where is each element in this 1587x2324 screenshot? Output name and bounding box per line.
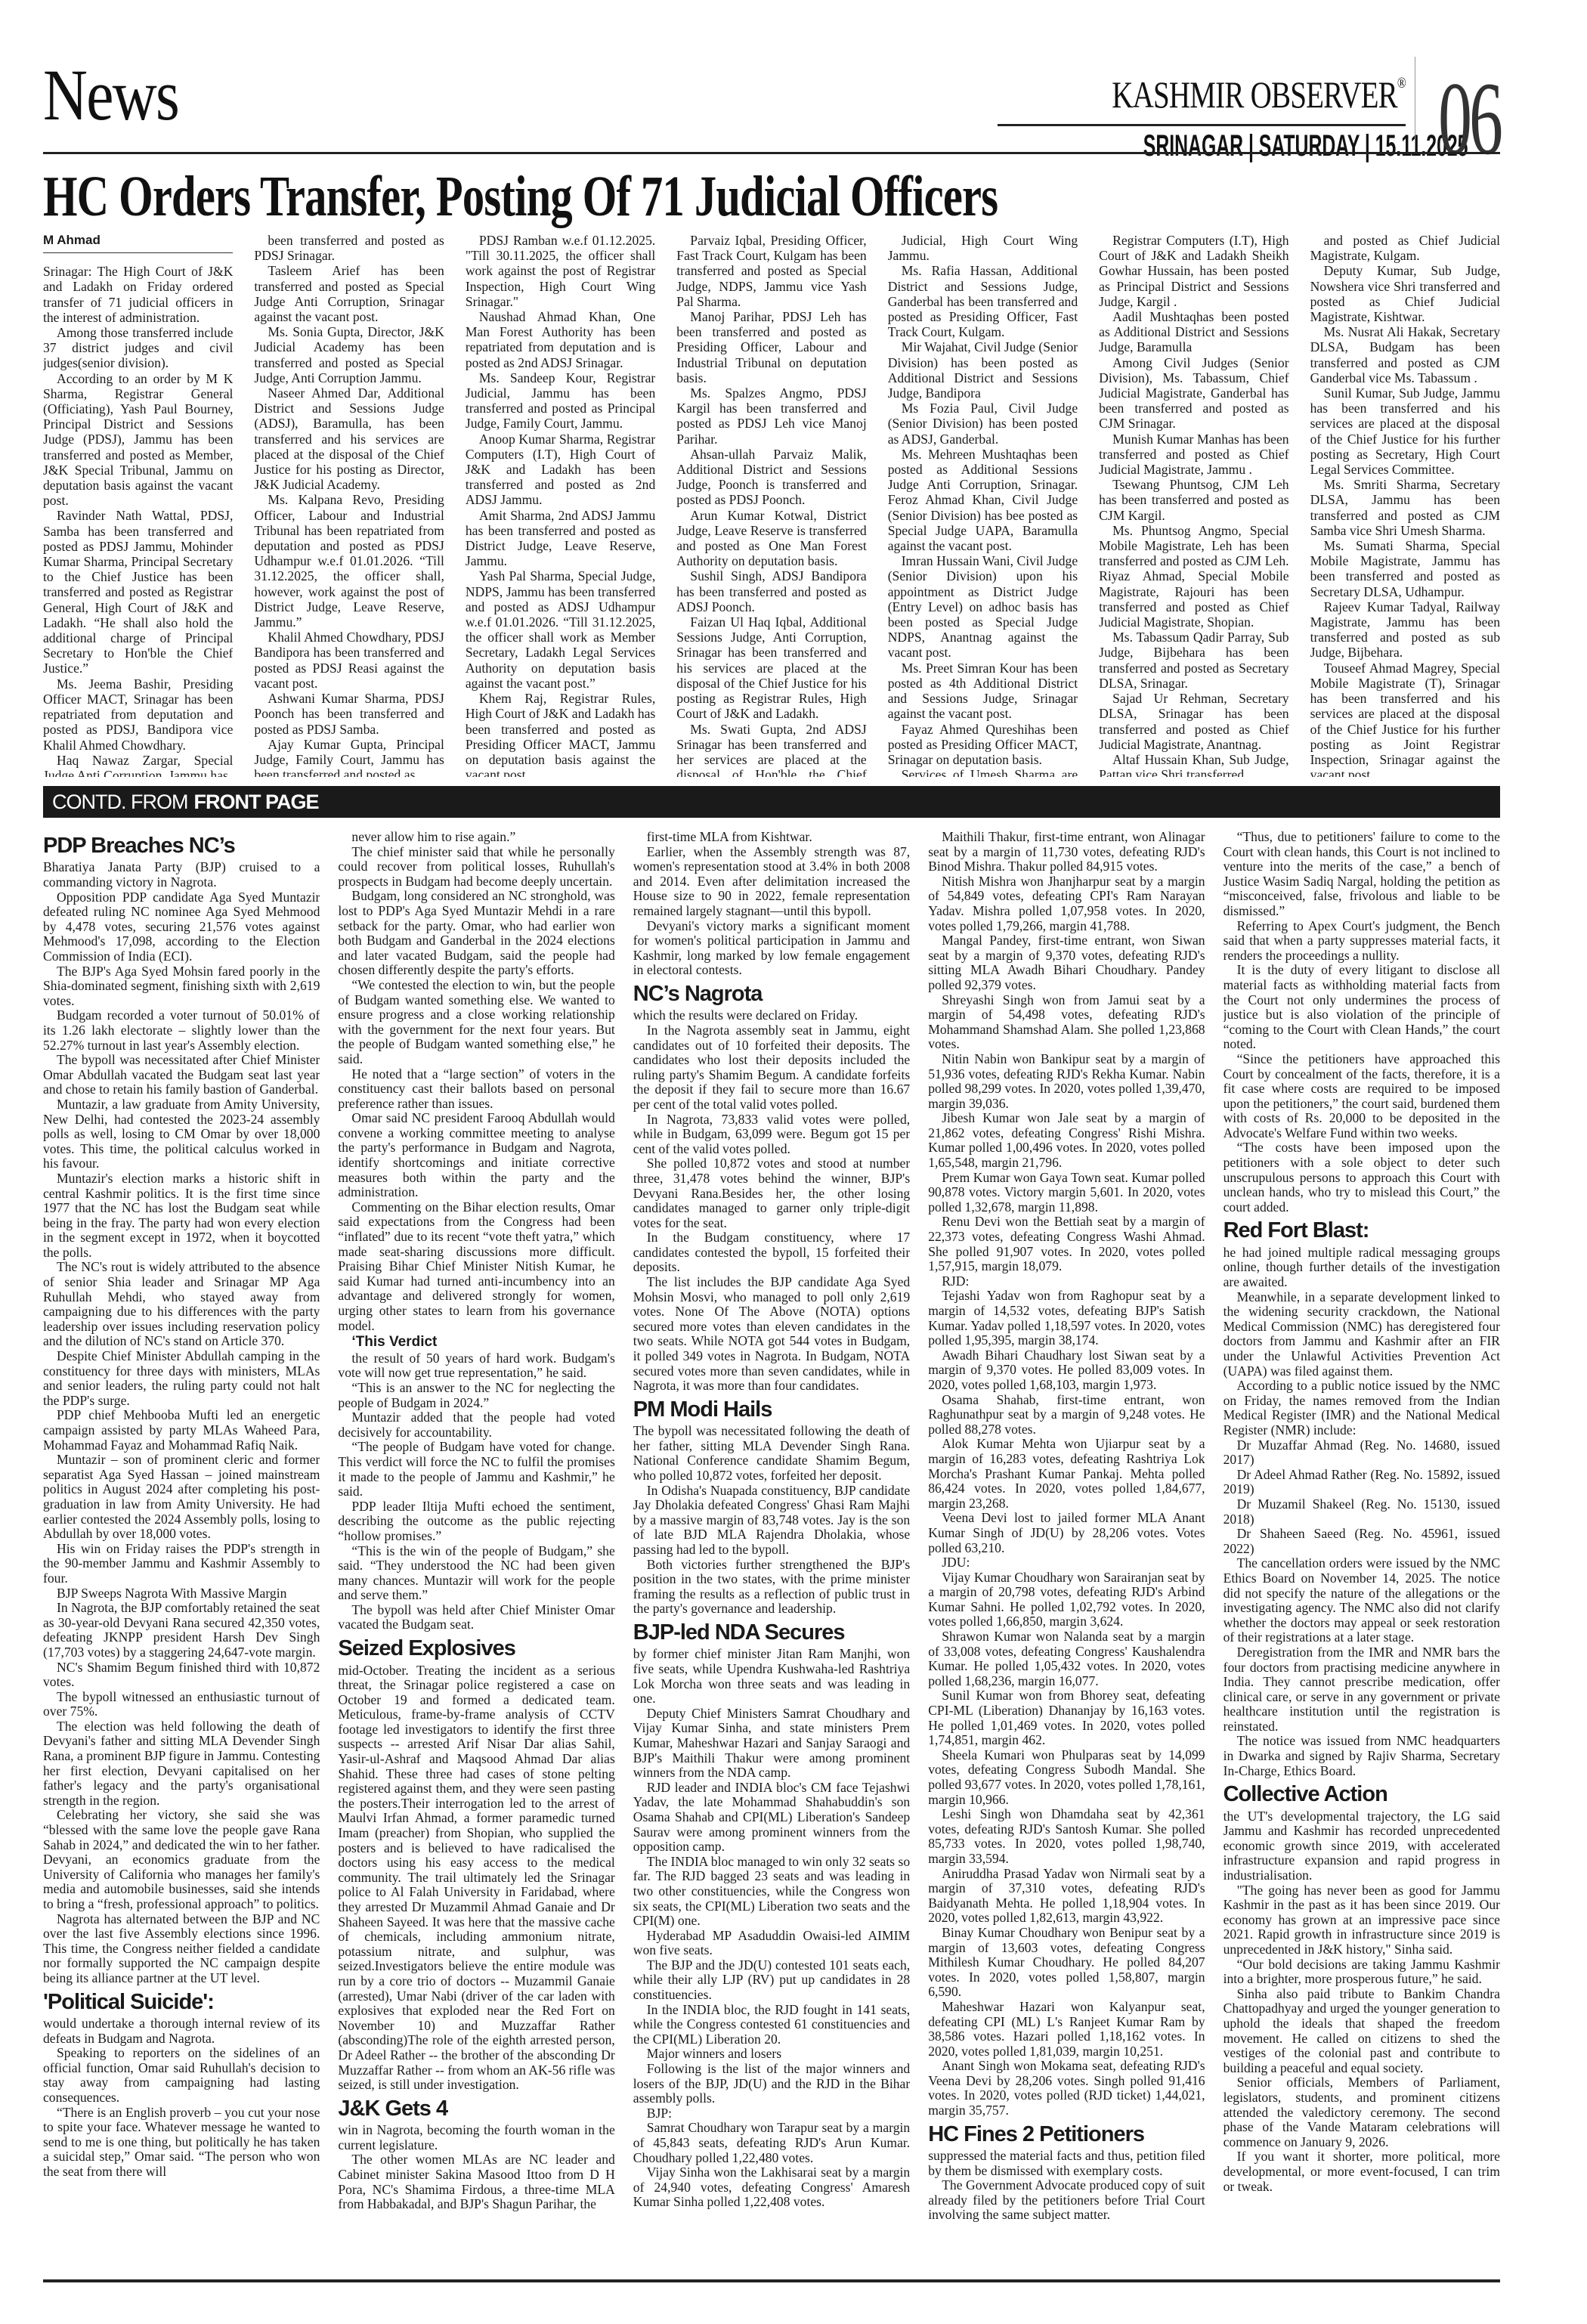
header-rule [43,152,1500,154]
paragraph: The bypoll witnessed an enthusiastic tur… [43,1690,320,1719]
masthead-name-text: KASHMIR OBSERVER [1112,73,1397,116]
paragraph: Sunil Kumar won from Bhorey seat, defeat… [928,1688,1205,1747]
paragraph: The INDIA bloc managed to win only 32 se… [633,1855,910,1929]
paragraph: Following is the list of the major winne… [633,2062,910,2106]
paragraph: Maithili Thakur, first-time entrant, won… [928,830,1205,874]
paragraph: Celebrating her victory, she said she wa… [43,1808,320,1911]
paragraph: Ms. Sumati Sharma, Special Mobile Magist… [1310,538,1500,599]
continued-column: first-time MLA from Kishtwar.Earlier, wh… [633,830,910,2266]
paragraph: Ms. Jeema Bashir, Presiding Officer MACT… [43,676,233,753]
paragraph: “Our bold decisions are taking Jammu Kas… [1224,1957,1500,1987]
paragraph: Anoop Kumar Sharma, Registrar Computers … [466,432,655,508]
paragraph: The bypoll was held after Chief Minister… [338,1603,614,1632]
subheading: Seized Explosives [338,1637,614,1660]
paragraph: The bypoll was necessitated after Chief … [43,1053,320,1097]
paragraph: Shrawon Kumar won Nalanda seat by a marg… [928,1629,1205,1688]
continued-column: Maithili Thakur, first-time entrant, won… [928,830,1205,2266]
paragraph: Ms. Sandeep Kour, Registrar Judicial, Ja… [466,370,655,432]
paragraph: Earlier, when the Assembly strength was … [633,845,910,919]
paragraph: Bharatiya Janata Party (BJP) cruised to … [43,860,320,890]
paragraph: Mir Wajahat, Civil Judge (Senior Divisio… [888,339,1078,401]
subheading: BJP-led NDA Secures [633,1621,910,1644]
masthead: KASHMIR OBSERVER® SRINAGAR | SATURDAY | … [982,76,1406,161]
paragraph: would undertake a thorough internal revi… [43,2016,320,2046]
paragraph: Mangal Pandey, first-time entrant, won S… [928,933,1205,992]
paragraph: Ms. Phuntsog Angmo, Special Mobile Magis… [1099,523,1288,630]
subheading: PM Modi Hails [633,1398,910,1421]
subheading: Red Fort Blast: [1224,1219,1500,1242]
paragraph: Deputy Chief Ministers Samrat Choudhary … [633,1707,910,1781]
paragraph: been transferred and posted as PDSJ Srin… [254,233,444,263]
paragraph: Touseef Ahmad Magrey, Special Mobile Mag… [1310,661,1500,777]
paragraph: Maheshwar Hazari won Kalyanpur seat, def… [928,2000,1205,2059]
paragraph: win in Nagrota, becoming the fourth woma… [338,2123,614,2152]
paragraph: His win on Friday raises the PDP's stren… [43,1542,320,1586]
paragraph: Munish Kumar Manhas has been transferred… [1099,432,1288,478]
paragraph: Budgam, long considered an NC stronghold… [338,889,614,978]
paragraph: PDP chief Mehbooba Mufti led an energeti… [43,1408,320,1453]
paragraph: Deputy Kumar, Sub Judge, Nowshera vice S… [1310,263,1500,324]
continued-column: PDP Breaches NC’sBharatiya Janata Party … [43,830,320,2266]
paragraph: which the results were declared on Frida… [633,1008,910,1023]
paragraph: Imran Hussain Wani, Civil Judge (Senior … [888,553,1078,660]
footer-rule [43,2279,1500,2282]
paragraph: Ahsan-ullah Parvaiz Malik, Additional Di… [676,447,866,508]
continued-stories: PDP Breaches NC’sBharatiya Janata Party … [43,830,1500,2266]
paragraph: Ajay Kumar Gupta, Principal Judge, Famil… [254,737,444,777]
paragraph: Osama Shahab, first-time entrant, won Ra… [928,1393,1205,1437]
lead-headline: HC Orders Transfer, Posting Of 71 Judici… [43,168,998,225]
lead-column: and posted as Chief Judicial Magistrate,… [1310,233,1500,777]
paragraph: Altaf Hussain Khan, Sub Judge, Pattan vi… [1099,752,1288,777]
paragraph: Dr Muzaffar Ahmad (Reg. No. 14680, issue… [1224,1438,1500,1468]
paragraph: Services of Umesh Sharma are placed at t… [888,767,1078,777]
paragraph: In Nagrota, the BJP comfortably retained… [43,1601,320,1660]
banner-emphasis: FRONT PAGE [193,791,318,814]
paragraph: The notice was issued from NMC headquart… [1224,1734,1500,1778]
paragraph: by former chief minister Jitan Ram Manjh… [633,1647,910,1706]
paragraph: Ms. Mehreen Mushtaqhas been posted as Ad… [888,447,1078,553]
paragraph: Ms. Tabassum Qadir Parray, Sub Judge, Bi… [1099,630,1288,691]
paragraph: Sinha also paid tribute to Bankim Chandr… [1224,1987,1500,2076]
paragraph: The NC's rout is widely attributed to th… [43,1260,320,1349]
paragraph: Aniruddha Prasad Yadav won Nirmali seat … [928,1867,1205,1926]
paragraph: Omar said NC president Farooq Abdullah w… [338,1111,614,1200]
paragraph: Ms. Sonia Gupta, Director, J&K Judicial … [254,324,444,385]
paragraph: Ms. Swati Gupta, 2nd ADSJ Srinagar has b… [676,722,866,778]
paragraph: Tasleem Arief has been transferred and p… [254,263,444,324]
lead-column: Registrar Computers (I.T), High Court of… [1099,233,1288,777]
paragraph: Aadil Mushtaqhas been posted as Addition… [1099,309,1288,355]
paragraph: the result of 50 years of hard work. Bud… [338,1351,614,1381]
lead-column: Parvaiz Iqbal, Presiding Officer, Fast T… [676,233,866,777]
paragraph: Tsewang Phuntsog, CJM Leh has been trans… [1099,477,1288,523]
byline: M Ahmad [43,233,233,253]
paragraph: Despite Chief Minister Abdullah camping … [43,1349,320,1408]
lead-column: been transferred and posted as PDSJ Srin… [254,233,444,777]
paragraph: Among Civil Judges (Senior Division), Ms… [1099,355,1288,432]
paragraph: Meanwhile, in a separate development lin… [1224,1290,1500,1379]
paragraph: In the Nagrota assembly seat in Jammu, e… [633,1023,910,1112]
paragraph: Devyani's victory marks a significant mo… [633,919,910,978]
paragraph: The other women MLAs are NC leader and C… [338,2152,614,2211]
paragraph: Nitin Nabin won Bankipur seat by a margi… [928,1052,1205,1111]
paragraph: In the Budgam constituency, where 17 can… [633,1230,910,1275]
paragraph: Referring to Apex Court's judgment, the … [1224,919,1500,964]
paragraph: “There is an English proverb – you cut y… [43,2106,320,2180]
paragraph: Deregistration from the IMR and NMR bars… [1224,1645,1500,1734]
paragraph: Binay Kumar Choudhary won Benipur seat b… [928,1926,1205,2000]
paragraph: “We contested the election to win, but t… [338,978,614,1067]
paragraph: The BJP and the JD(U) contested 101 seat… [633,1958,910,2003]
paragraph: Nagrota has alternated between the BJP a… [43,1912,320,1986]
paragraph: Ms. Preet Simran Kour has been posted as… [888,661,1078,722]
paragraph: NC's Shamim Begum finished third with 10… [43,1660,320,1690]
paragraph: suppressed the material facts and thus, … [928,2149,1205,2178]
banner-prefix: CONTD. FROM [52,791,187,814]
paragraph: Dr Adeel Ahmad Rather (Reg. No. 15892, i… [1224,1468,1500,1497]
paragraph: In Nagrota, 73,833 valid votes were poll… [633,1112,910,1157]
paragraph: “Since the petitioners have approached t… [1224,1052,1500,1141]
paragraph: never allow him to rise again.” [338,830,614,845]
paragraph: Sushil Singh, ADSJ Bandipora has been tr… [676,568,866,614]
paragraph: The list includes the BJP candidate Aga … [633,1275,910,1394]
paragraph: Muntazir added that the people had voted… [338,1410,614,1440]
paragraph: Naseer Ahmed Dar, Additional District an… [254,385,444,492]
paragraph: Ms. Rafia Hassan, Additional District an… [888,263,1078,339]
paragraph: Sunil Kumar, Sub Judge, Jammu has been t… [1310,385,1500,477]
subheading: HC Fines 2 Petitioners [928,2123,1205,2146]
paragraph: The election was held following the deat… [43,1719,320,1809]
paragraph: Alok Kumar Mehta won Ujiarpur seat by a … [928,1437,1205,1511]
paragraph: According to an order by M K Sharma, Reg… [43,371,233,509]
paragraph: The cancellation orders were issued by t… [1224,1556,1500,1645]
paragraph: Khem Raj, Registrar Rules, High Court of… [466,691,655,777]
paragraph: If you want it shorter, more political, … [1224,2149,1500,2194]
paragraph: RJD: [928,1274,1205,1289]
paragraph: mid-October. Treating the incident as a … [338,1663,614,2093]
subheading: Collective Action [1224,1783,1500,1806]
paragraph: Manoj Parihar, PDSJ Leh has been transfe… [676,309,866,385]
paragraph: Muntazir – son of prominent cleric and f… [43,1453,320,1542]
paragraph: Vijay Sinha won the Lakhisarai seat by a… [633,2165,910,2210]
masthead-rule [998,124,1406,126]
paragraph: “This is the win of the people of Budgam… [338,1544,614,1603]
paragraph: Dr Shaheen Saeed (Reg. No. 45961, issued… [1224,1527,1500,1556]
paragraph: Senior officials, Members of Parliament,… [1224,2075,1500,2149]
paragraph: The bypoll was necessitated following th… [633,1424,910,1483]
paragraph: Ms. Kalpana Revo, Presiding Officer, Lab… [254,492,444,630]
paragraph: PDSJ Ramban w.e.f 01.12.2025. "Till 30.1… [466,233,655,309]
paragraph: The Government Advocate produced copy of… [928,2178,1205,2223]
paragraph: Jibesh Kumar won Jale seat by a margin o… [928,1111,1205,1170]
paragraph: The BJP's Aga Syed Mohsin fared poorly i… [43,964,320,1009]
paragraph: Muntazir, a law graduate from Amity Univ… [43,1097,320,1171]
paragraph: Parvaiz Iqbal, Presiding Officer, Fast T… [676,233,866,309]
paragraph: Ms. Spalzes Angmo, PDSJ Kargil has been … [676,385,866,447]
masthead-name: KASHMIR OBSERVER® [1075,76,1406,113]
paragraph: “This is an answer to the NC for neglect… [338,1381,614,1410]
paragraph: Ravinder Nath Wattal, PDSJ, Samba has be… [43,508,233,676]
subheading: NC’s Nagrota [633,983,910,1005]
paragraph: BJP Sweeps Nagrota With Massive Margin [43,1586,320,1601]
paragraph: BJP: [633,2106,910,2121]
paragraph: She polled 10,872 votes and stood at num… [633,1156,910,1230]
paragraph: Ms Fozia Paul, Civil Judge (Senior Divis… [888,401,1078,447]
continued-column: never allow him to rise again.”The chief… [338,830,614,2266]
paragraph: Naushad Ahmad Khan, One Man Forest Autho… [466,309,655,370]
paragraph: Srinagar: The High Court of J&K and Lada… [43,264,233,325]
paragraph: Fayaz Ahmed Qureshihas been posted as Pr… [888,722,1078,768]
paragraph: Amit Sharma, 2nd ADSJ Jammu has been tra… [466,508,655,569]
paragraph: Arun Kumar Kotwal, District Judge, Leave… [676,508,866,569]
newspaper-page: News KASHMIR OBSERVER® SRINAGAR | SATURD… [43,0,1500,2324]
paragraph: “The people of Budgam have voted for cha… [338,1440,614,1499]
paragraph: and posted as Chief Judicial Magistrate,… [1310,233,1500,263]
paragraph: Ashwani Kumar Sharma, PDSJ Poonch has be… [254,691,444,737]
paragraph: Speaking to reporters on the sidelines o… [43,2046,320,2105]
paragraph: Dr Muzamil Shakeel (Reg. No. 15130, issu… [1224,1497,1500,1527]
section-title: News [43,59,178,132]
paragraph: Registrar Computers (I.T), High Court of… [1099,233,1288,309]
paragraph: Commenting on the Bihar election results… [338,1200,614,1333]
paragraph: Samrat Choudhary won Tarapur seat by a m… [633,2121,910,2165]
paragraph: the UT's developmental trajectory, the L… [1224,1809,1500,1883]
paragraph: He noted that a “large section” of voter… [338,1067,614,1112]
paragraph: Nitish Mishra won Jhanjharpur seat by a … [928,874,1205,933]
paragraph: Vijay Kumar Choudhary won Sarairanjan se… [928,1570,1205,1629]
paragraph: Awadh Bihari Chaudhary lost Siwan seat b… [928,1348,1205,1393]
paragraph: PDP leader Iltija Mufti echoed the senti… [338,1499,614,1544]
subheading: ‘This Verdict [338,1335,614,1350]
registered-mark: ® [1397,75,1406,91]
lead-story-body: M Ahmad Srinagar: The High Court of J&K … [43,233,1500,777]
paragraph: Among those transferred include 37 distr… [43,325,233,371]
paragraph: Yash Pal Sharma, Special Judge, NDPS, Ja… [466,568,655,691]
paragraph: Sheela Kumari won Phulparas seat by 14,0… [928,1748,1205,1807]
paragraph: Renu Devi won the Bettiah seat by a marg… [928,1215,1205,1273]
paragraph: Hyderabad MP Asaduddin Owaisi-led AIMIM … [633,1929,910,1958]
paragraph: Opposition PDP candidate Aga Syed Muntaz… [43,890,320,964]
paragraph: "The going has never been as good for Ja… [1224,1883,1500,1957]
paragraph: Tejashi Yadav won from Raghopur seat by … [928,1289,1205,1348]
paragraph: Sajad Ur Rehman, Secretary DLSA, Srinaga… [1099,691,1288,752]
lead-column: Judicial, High Court Wing Jammu.Ms. Rafi… [888,233,1078,777]
paragraph: In Odisha's Nuapada constituency, BJP ca… [633,1484,910,1558]
paragraph: Judicial, High Court Wing Jammu. [888,233,1078,263]
paragraph: Both victories further strengthened the … [633,1558,910,1617]
paragraph: RJD leader and INDIA bloc's CM face Teja… [633,1781,910,1855]
dateline: SRINAGAR | SATURDAY | 15.11.2025 [1143,131,1406,161]
paragraph: “Thus, due to petitioners' failure to co… [1224,830,1500,919]
continued-from-front-page-banner: CONTD. FROM FRONT PAGE [43,786,1500,818]
continued-column: “Thus, due to petitioners' failure to co… [1224,830,1500,2266]
paragraph: It is the duty of every litigant to disc… [1224,963,1500,1052]
paragraph: JDU: [928,1555,1205,1570]
masthead-divider [1415,57,1415,153]
paragraph: According to a public notice issued by t… [1224,1379,1500,1437]
lead-column: PDSJ Ramban w.e.f 01.12.2025. "Till 30.1… [466,233,655,777]
page-number: 06 [1438,67,1500,171]
paragraph: Shreyashi Singh won from Jamui seat by a… [928,993,1205,1052]
paragraph: Anant Singh won Mokama seat, defeating R… [928,2059,1205,2118]
paragraph: Ms. Nusrat Ali Hakak, Secretary DLSA, Bu… [1310,324,1500,385]
paragraph: Rajeev Kumar Tadyal, Railway Magistrate,… [1310,599,1500,661]
paragraph: Prem Kumar won Gaya Town seat. Kumar pol… [928,1171,1205,1215]
paragraph: first-time MLA from Kishtwar. [633,830,910,845]
subheading: 'Political Suicide': [43,1991,320,2013]
paragraph: he had joined multiple radical messaging… [1224,1246,1500,1290]
paragraph: Faizan Ul Haq Iqbal, Additional Sessions… [676,614,866,721]
paragraph: “The costs have been imposed upon the pe… [1224,1140,1500,1215]
paragraph: Haq Nawaz Zargar, Special Judge Anti Cor… [43,753,233,777]
paragraph: Muntazir's election marks a historic shi… [43,1171,320,1261]
paragraph: Ms. Smriti Sharma, Secretary DLSA, Jammu… [1310,477,1500,538]
paragraph: Khalil Ahmed Chowdhary, PDSJ Bandipora h… [254,630,444,691]
paragraph: Leshi Singh won Dhamdaha seat by 42,361 … [928,1807,1205,1866]
lead-column: M Ahmad Srinagar: The High Court of J&K … [43,233,233,777]
paragraph: Major winners and losers [633,2047,910,2062]
subheading: PDP Breaches NC’s [43,834,320,857]
paragraph: Budgam recorded a voter turnout of 50.01… [43,1008,320,1053]
paragraph: Veena Devi lost to jailed former MLA Ana… [928,1511,1205,1555]
subheading: J&K Gets 4 [338,2097,614,2120]
paragraph: In the INDIA bloc, the RJD fought in 141… [633,2003,910,2047]
paragraph: The chief minister said that while he pe… [338,845,614,890]
